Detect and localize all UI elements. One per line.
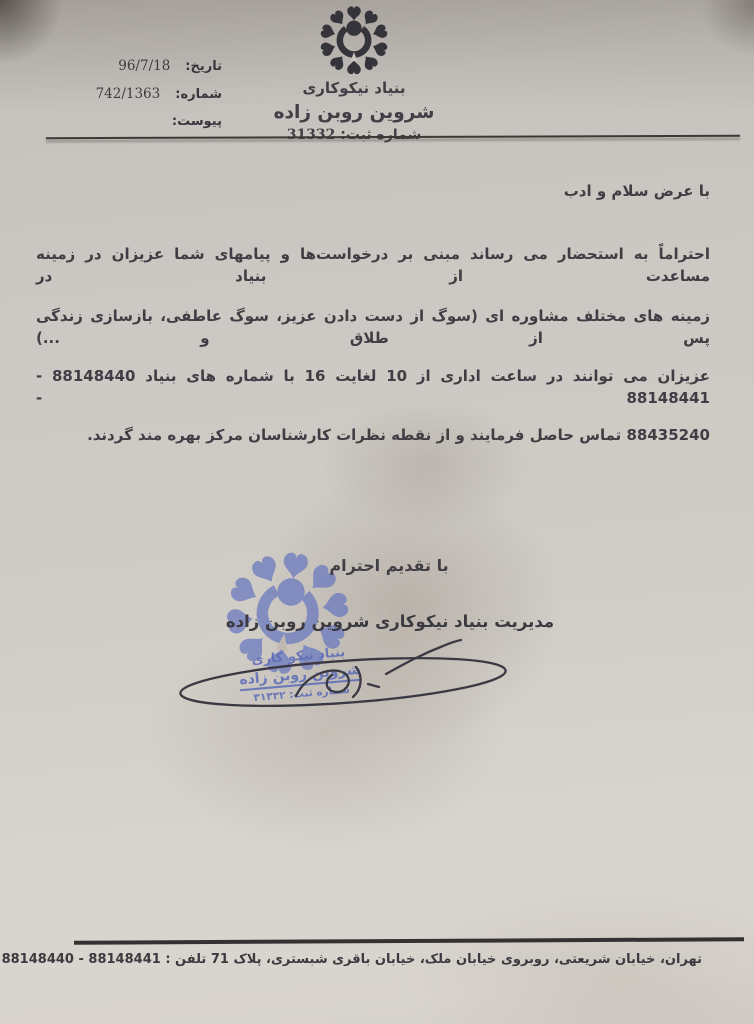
scanned-letter-page: تاریخ: 96/7/18 شماره: 742/1363 پیوست: بن…: [0, 0, 754, 1024]
meta-row-date: تاریخ: 96/7/18: [50, 58, 222, 74]
signature-ink-icon: [148, 626, 543, 731]
meta-row-attachment: پیوست:: [50, 114, 222, 129]
date-value: 96/7/18: [118, 58, 170, 74]
org-subname: شروین روبن زاده: [248, 102, 460, 123]
number-label: شماره:: [175, 87, 222, 102]
attachment-label: پیوست:: [172, 114, 222, 129]
body-line-3: عزیزان می توانند در ساعت اداری از 10 لغا…: [36, 365, 710, 409]
meta-row-number: شماره: 742/1363: [50, 86, 222, 102]
footer-divider: [74, 937, 744, 945]
salutation: با عرض سلام و ادب: [564, 180, 710, 202]
letter-meta: تاریخ: 96/7/18 شماره: 742/1363 پیوست:: [50, 58, 222, 129]
footer-address: تهران، خیابان شریعتی، روبروی خیابان ملک،…: [0, 952, 702, 967]
date-label: تاریخ:: [185, 59, 222, 74]
registration-value: 31332: [287, 127, 336, 143]
closing-salute: با تقدیم احترام: [316, 556, 462, 575]
number-value: 742/1363: [96, 86, 161, 102]
body-line-1: احتراماً به استحضار می رساند مبنی بر درخ…: [36, 243, 710, 287]
body-line-4: 88435240 تماس حاصل فرمایند و از نقطه نظر…: [87, 424, 710, 446]
letterhead-brand: بنیاد نیکوکاری شروین روبن زاده شماره ثبت…: [248, 2, 460, 143]
body-line-2: زمینه های مختلف مشاوره ای (سوگ از دست دا…: [36, 305, 710, 349]
org-name: بنیاد نیکوکاری: [248, 79, 460, 97]
foundation-logo-icon: [317, 2, 391, 76]
